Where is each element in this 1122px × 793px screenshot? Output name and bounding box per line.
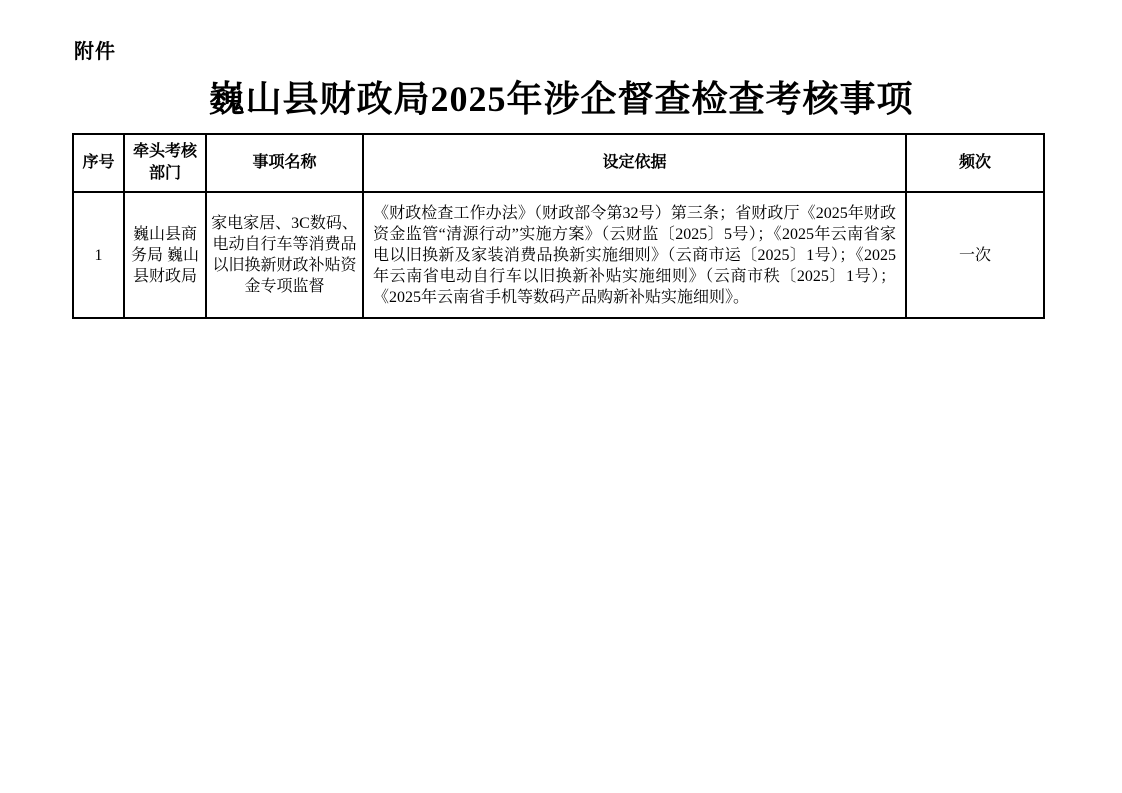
header-frequency: 频次 [906, 134, 1044, 192]
cell-basis: 《财政检查工作办法》（财政部令第32号）第三条；省财政厅《2025年财政资金监管… [363, 192, 906, 318]
page-title: 巍山县财政局2025年涉企督查检查考核事项 [0, 80, 1122, 118]
table-header-row: 序号 牵头考核部门 事项名称 设定依据 频次 [73, 134, 1044, 192]
header-item-name: 事项名称 [206, 134, 363, 192]
attachment-label: 附件 [74, 42, 116, 62]
cell-department: 巍山县商务局 巍山县财政局 [124, 192, 206, 318]
document-page: 附件 巍山县财政局2025年涉企督查检查考核事项 序号 牵头考核部门 事项名称 … [0, 0, 1122, 793]
cell-frequency: 一次 [906, 192, 1044, 318]
cell-seq: 1 [73, 192, 124, 318]
cell-item-name: 家电家居、3C数码、电动自行车等消费品以旧换新财政补贴资金专项监督 [206, 192, 363, 318]
table-row: 1 巍山县商务局 巍山县财政局 家电家居、3C数码、电动自行车等消费品以旧换新财… [73, 192, 1044, 318]
header-basis: 设定依据 [363, 134, 906, 192]
assessment-table: 序号 牵头考核部门 事项名称 设定依据 频次 1 巍山县商务局 巍山县财政局 家… [72, 133, 1045, 319]
header-seq: 序号 [73, 134, 124, 192]
header-department: 牵头考核部门 [124, 134, 206, 192]
